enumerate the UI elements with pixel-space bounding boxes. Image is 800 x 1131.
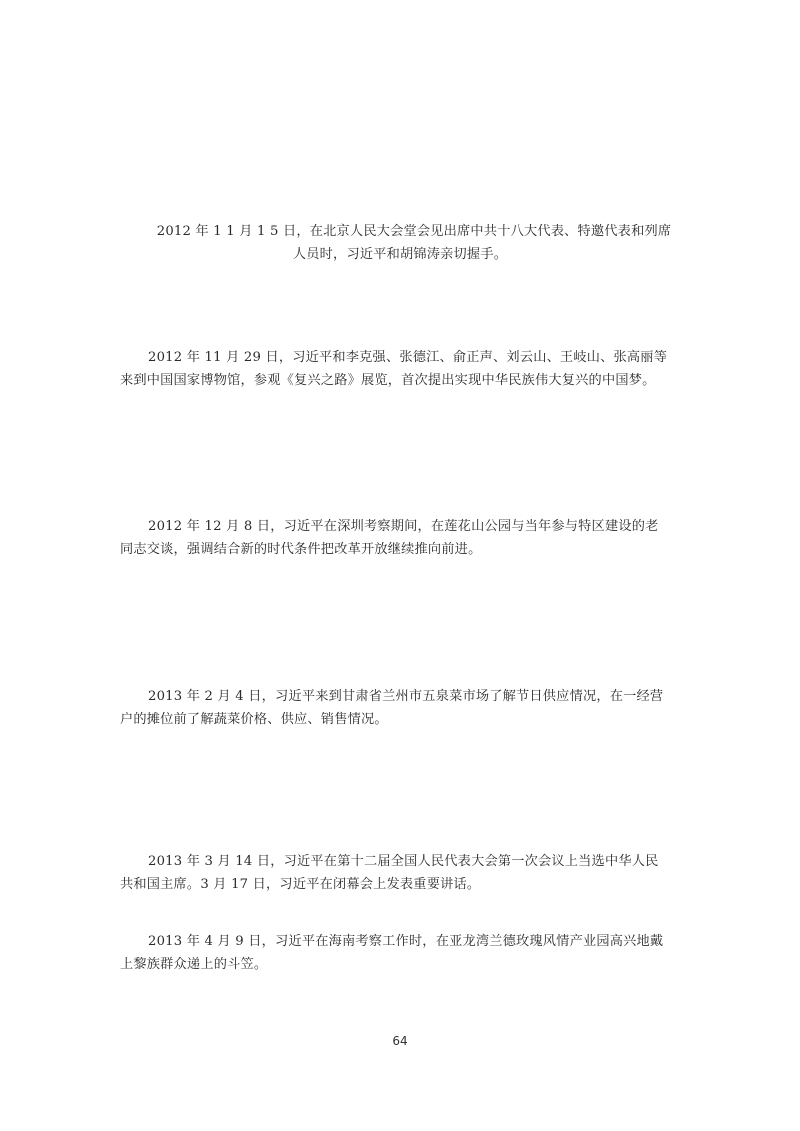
- caption-line: 2012 年 1 1 月 1 5 日，在北京人民大会堂会见出席中共十八大代表、特…: [120, 220, 680, 243]
- photo-caption-6: 2013 年 4 月 9 日，习近平在海南考察工作时，在亚龙湾兰德玫瑰风情产业园…: [120, 930, 680, 976]
- caption-line: 2013 年 4 月 9 日，习近平在海南考察工作时，在亚龙湾兰德玫瑰风情产业园…: [120, 930, 680, 953]
- photo-caption-2: 2012 年 11 月 29 日，习近平和李克强、张德江、俞正声、刘云山、王岐山…: [120, 346, 680, 392]
- caption-line: 2013 年 3 月 14 日，习近平在第十二届全国人民代表大会第一次会议上当选…: [120, 850, 680, 873]
- caption-line: 上黎族群众递上的斗笠。: [120, 953, 680, 976]
- photo-caption-5: 2013 年 3 月 14 日，习近平在第十二届全国人民代表大会第一次会议上当选…: [120, 850, 680, 896]
- photo-caption-3: 2012 年 12 月 8 日，习近平在深圳考察期间，在莲花山公园与当年参与特区…: [120, 515, 680, 561]
- caption-line: 人员时，习近平和胡锦涛亲切握手。: [120, 243, 680, 266]
- caption-line: 共和国主席。3 月 17 日，习近平在闭幕会上发表重要讲话。: [120, 873, 680, 896]
- photo-caption-1: 2012 年 1 1 月 1 5 日，在北京人民大会堂会见出席中共十八大代表、特…: [120, 220, 680, 266]
- caption-line: 2012 年 11 月 29 日，习近平和李克强、张德江、俞正声、刘云山、王岐山…: [120, 346, 680, 369]
- photo-caption-4: 2013 年 2 月 4 日，习近平来到甘肃省兰州市五泉菜市场了解节日供应情况，…: [120, 685, 680, 731]
- caption-line: 同志交谈，强调结合新的时代条件把改革开放继续推向前进。: [120, 538, 680, 561]
- caption-line: 来到中国国家博物馆，参观《复兴之路》展览，首次提出实现中华民族伟大复兴的中国梦。: [120, 369, 680, 392]
- caption-line: 户的摊位前了解蔬菜价格、供应、销售情况。: [120, 708, 680, 731]
- caption-line: 2013 年 2 月 4 日，习近平来到甘肃省兰州市五泉菜市场了解节日供应情况，…: [120, 685, 680, 708]
- page-number: 64: [0, 1034, 800, 1048]
- document-page: 2012 年 1 1 月 1 5 日，在北京人民大会堂会见出席中共十八大代表、特…: [0, 0, 800, 1131]
- caption-line: 2012 年 12 月 8 日，习近平在深圳考察期间，在莲花山公园与当年参与特区…: [120, 515, 680, 538]
